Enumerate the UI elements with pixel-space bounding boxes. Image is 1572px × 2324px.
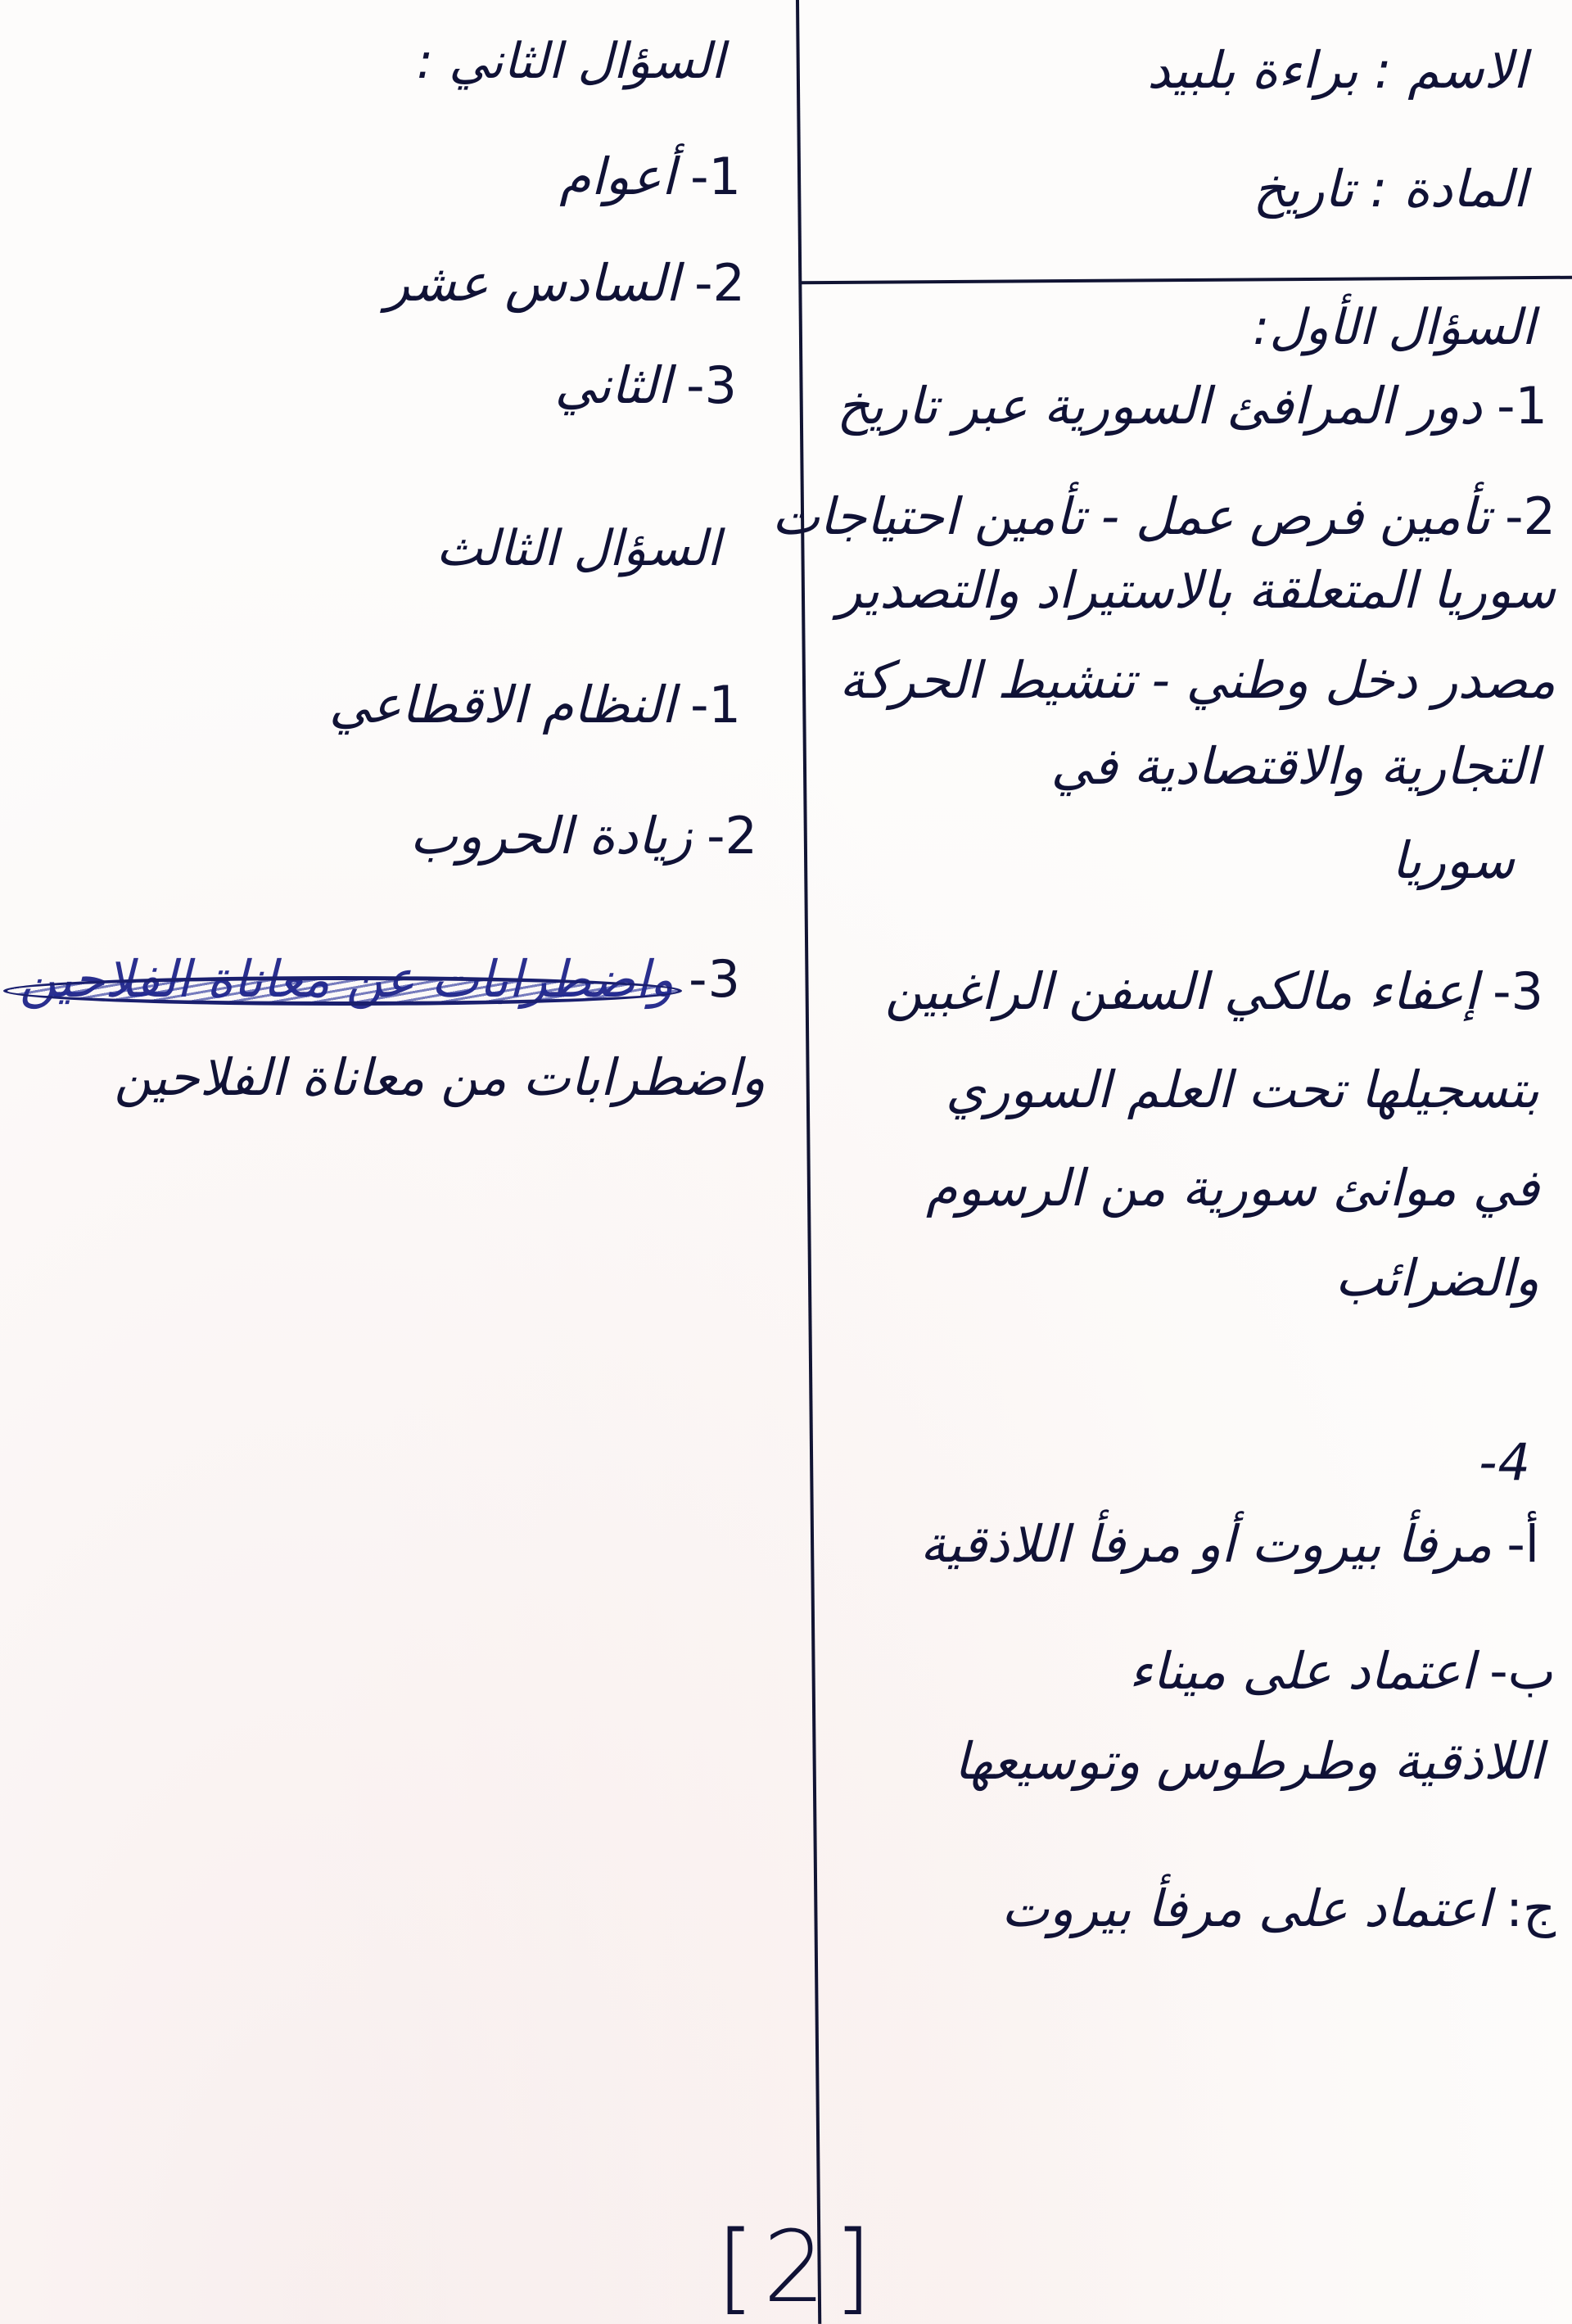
q1-answer-2-line: التجارية والاقتصادية في [1050,741,1539,792]
q1-answer-2-line: مصدر دخل وطني - تنشيط الحركة [839,655,1556,706]
question1-title: السؤال الأول: [1253,303,1535,352]
q2-answer-3: 3-الثاني [555,360,737,411]
q2-answer-1: 1-أعوام [559,151,741,202]
q1-answer-4: 4- [1479,1437,1531,1488]
q1-answer-2: 2-تأمين فرص عمل - تأمين احتياجات [772,491,1556,542]
name-field: الاسم : براءة بلبيد [1147,45,1527,96]
q1-answer-3-line: بتسجيلها تحت العلم السوري [946,1065,1539,1115]
subject-label: المادة [1403,159,1527,219]
q1-answer-4b-line: اللاذقية وطرطوس وتوسيعها [954,1736,1543,1787]
page-number: [2] [716,2211,880,2324]
q1-answer-3-line: والضرائب [1335,1253,1539,1304]
question2-title: السؤال الثاني : [417,37,725,86]
q2-answer-2: 2-السادس عشر [385,258,745,309]
q1-answer-4a: أ-مرفأ بيروت أو مرفأ اللاذقية [920,1519,1539,1570]
q1-answer-3: 3-إعفاء مالكي السفن الراغبين [885,966,1543,1017]
q3-answer-3: 3-واضطرابات عن معاناة الفلاحين [20,954,741,1005]
q1-answer-4b: ب-اعتماد على ميناء [1129,1646,1556,1697]
subject-value: تاريخ [1253,159,1353,219]
q1-answer-2-line: سوريا المتعلقة بالاستيراد والتصدير [838,565,1556,616]
subject-field: المادة : تاريخ [1253,164,1527,215]
q1-answer-2-line: سوريا [1392,835,1515,886]
student-name: براءة بلبيد [1147,40,1358,100]
name-label: الاسم [1407,40,1527,100]
q1-answer-4c: ج:اعتماد على مرفأ بيروت [1001,1883,1556,1934]
q3-answer-1: 1-النظام الاقطاعي [329,680,741,730]
q1-answer-3-line: في موانئ سورية من الرسوم [926,1163,1539,1214]
question3-title: السؤال الثالث [436,524,720,573]
struck-out-text: واضطرابات عن معاناة الفلاحين [20,954,674,1005]
q1-answer-1: 1-دور المرافئ السورية عبر تاريخ [837,381,1547,432]
q3-answer-3-correction: واضطرابات من معاناة الفلاحين [115,1052,766,1103]
q3-answer-2: 2-زيادة الحروب [410,811,757,861]
